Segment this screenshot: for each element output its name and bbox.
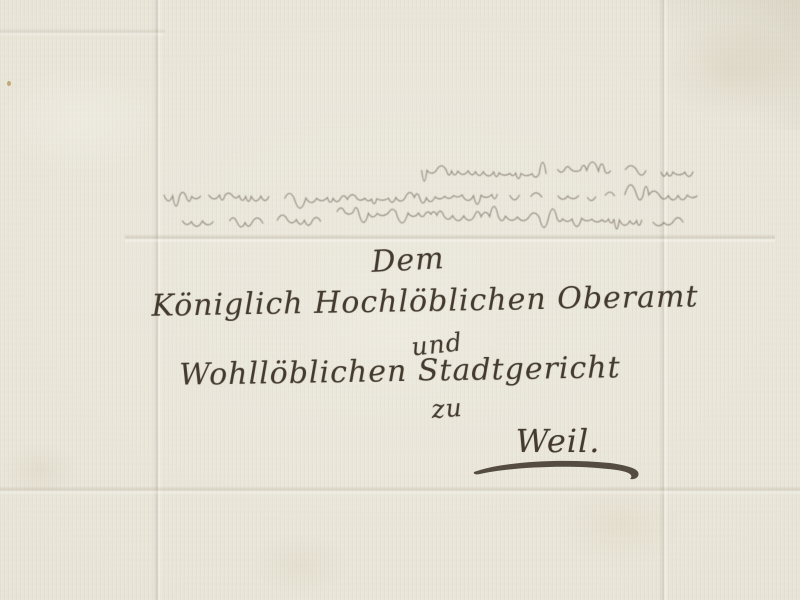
underline-flourish	[470, 457, 645, 483]
horizontal-fold-bottom	[0, 486, 800, 495]
inverted-handwriting-note	[158, 156, 703, 238]
address-line-dem: Dem	[317, 238, 499, 282]
address-line-weil: Weil.	[468, 422, 648, 460]
crease-top-left	[0, 28, 165, 37]
address-line-stadtgericht: Wohllöblichen Stadtgericht	[110, 349, 691, 394]
corner-shadow-top-right	[650, 0, 800, 130]
address-line-oberamt: Königlich Hochlöblichen Oberamt	[135, 279, 716, 324]
inverted-note-strokes	[158, 156, 703, 238]
letter-scan: Dem Königlich Hochlöblichen Oberamt und …	[0, 0, 800, 600]
ink-speck	[7, 81, 11, 86]
